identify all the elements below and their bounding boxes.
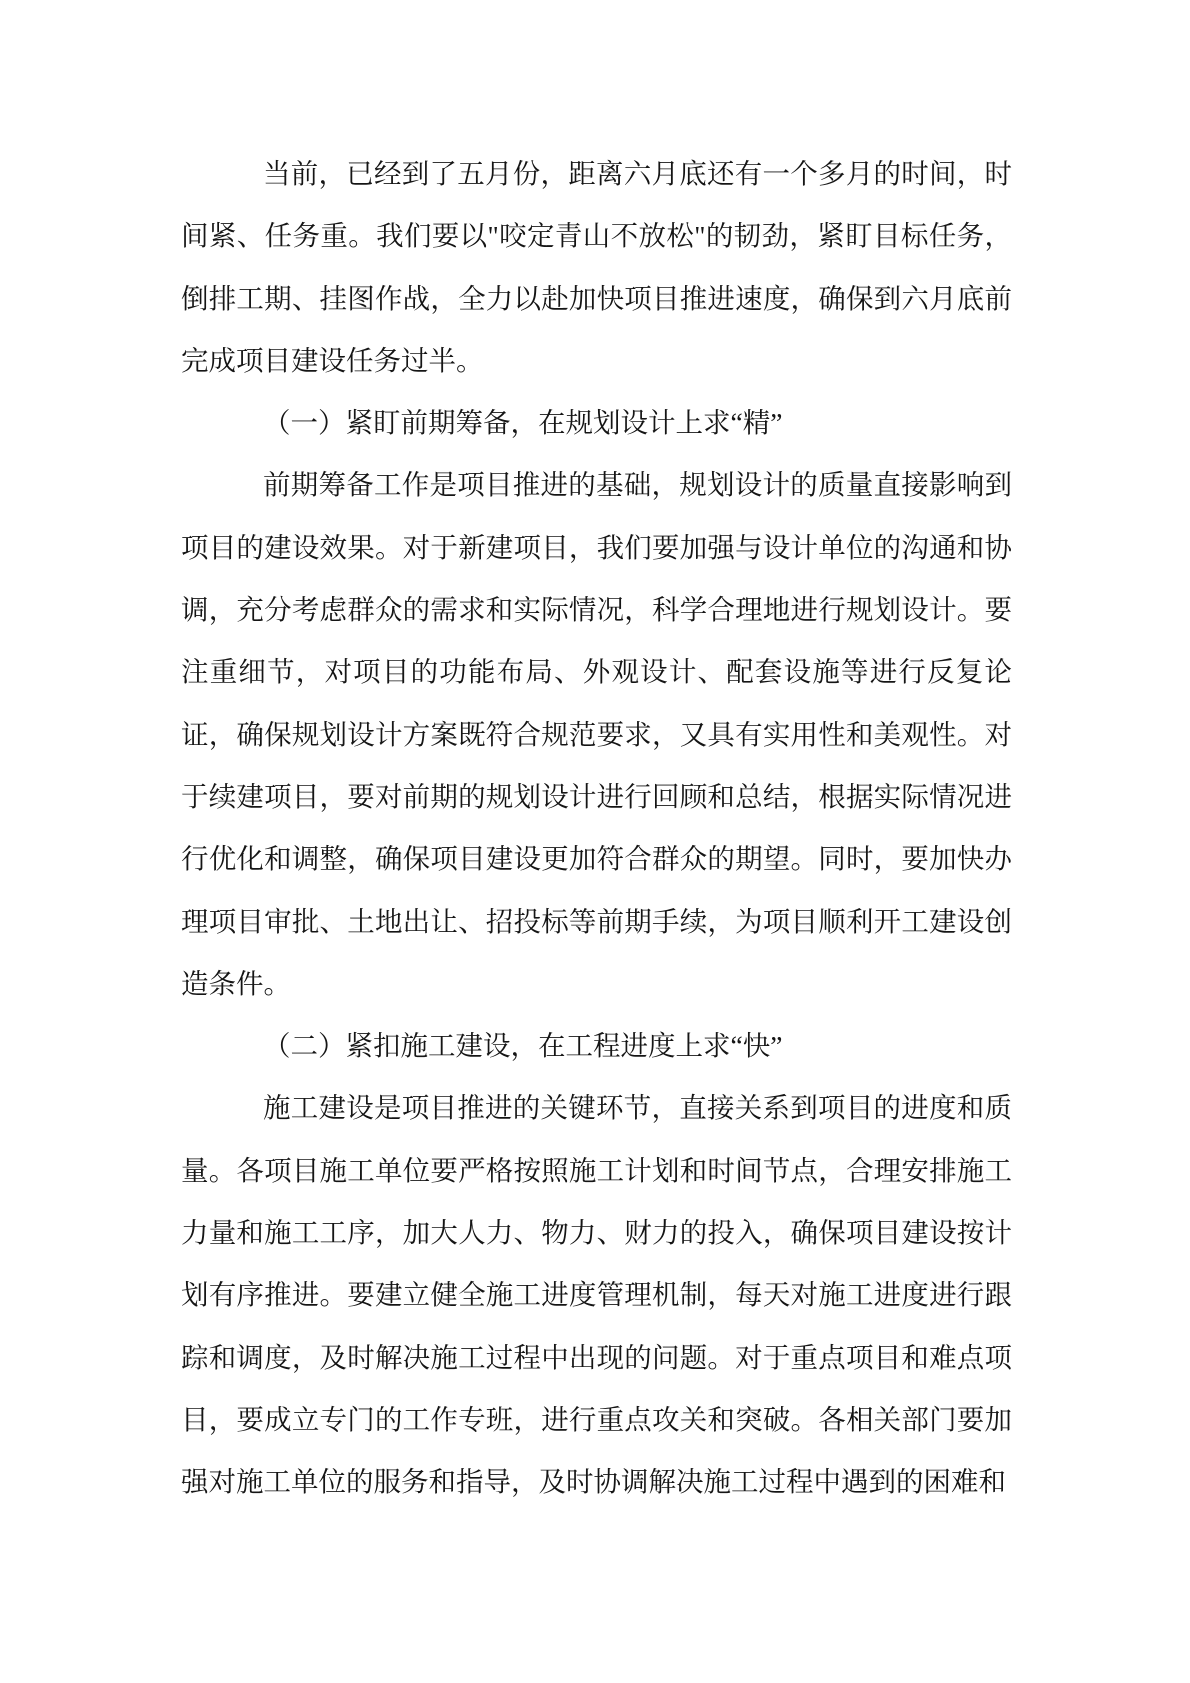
body-paragraph: 施工建设是项目推进的关键环节，直接关系到项目的进度和质量。各项目施工单位要严格按… <box>181 1077 1012 1513</box>
document-page: 当前，已经到了五月份，距离六月底还有一个多月的时间，时间紧、任务重。我们要以"咬… <box>0 0 1190 1683</box>
section-heading: （二）紧扣施工建设，在工程进度上求“快” <box>181 1015 1012 1077</box>
document-body: 当前，已经到了五月份，距离六月底还有一个多月的时间，时间紧、任务重。我们要以"咬… <box>181 143 1012 1514</box>
section-heading: （一）紧盯前期筹备，在规划设计上求“精” <box>181 392 1012 454</box>
body-paragraph: 当前，已经到了五月份，距离六月底还有一个多月的时间，时间紧、任务重。我们要以"咬… <box>181 143 1012 392</box>
body-paragraph: 前期筹备工作是项目推进的基础，规划设计的质量直接影响到项目的建设效果。对于新建项… <box>181 454 1012 1015</box>
